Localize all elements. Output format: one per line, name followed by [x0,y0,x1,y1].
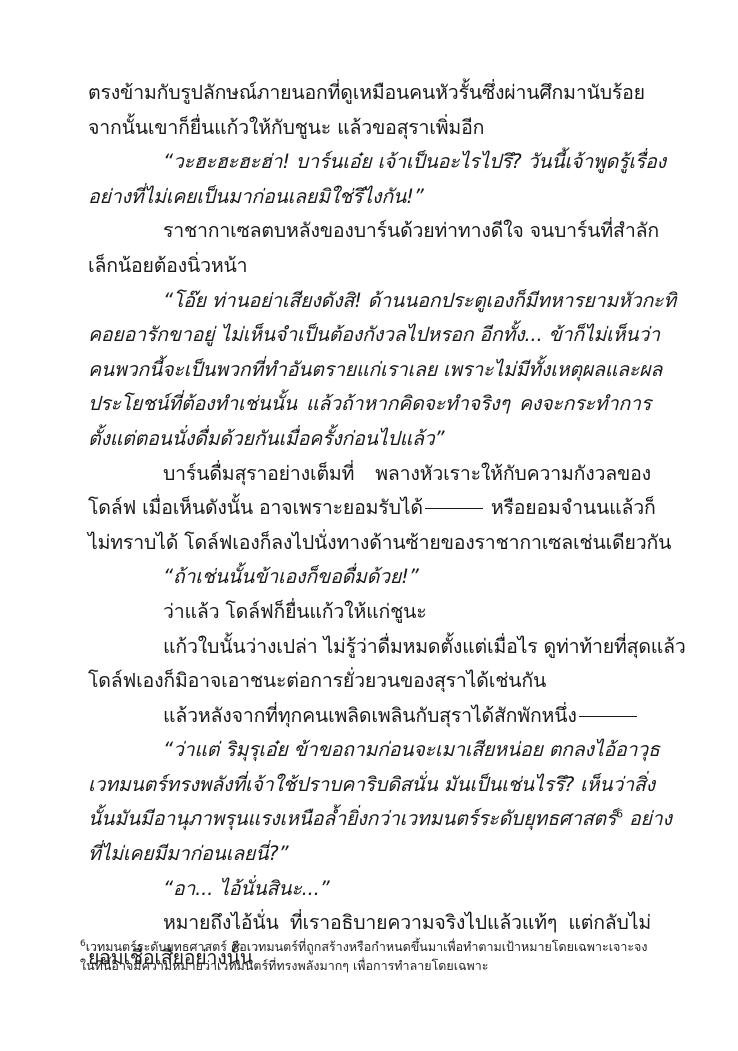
footnote-line: ในที่นี้อาจมีความหมายว่าเวทมนตร์ที่ทรงพล… [80,956,680,975]
text-segment: หรือยอมจำนนแล้วก็ [485,496,656,519]
text-line: แล้วหลังจากที่ทุกคนเพลิดเพลินกับสุราได้ส… [88,699,651,734]
em-dash [425,508,483,509]
text-line: โดล์ฟเองก็มิอาจเอาชนะต่อการยั่วยวนของสุร… [88,664,651,699]
footnote: 6เวทมนตร์ระดับยุทธศาสตร์ คือเวทมนตร์ที่ถ… [80,937,680,975]
text-segment: แล้วหลังจากที่ทุกคนเพลิดเพลินกับสุราได้ส… [163,704,577,727]
text-line: แก้วใบนั้นว่างเปล่า ไม่รู้ว่าดื่มหมดตั้ง… [88,630,651,665]
text-segment: นั้นมันมีอานุภาพรุนแรงเหนือล้ำยิ่งกว่าเว… [88,807,616,830]
text-line: ตรงข้ามกับรูปลักษณ์ภายนอกที่ดูเหมือนคนหั… [88,76,651,111]
dialogue-line: “ว่าแต่ ริมุรุเอ๋ย ข้าขอถามก่อนจะเมาเสีย… [88,733,651,768]
dialogue-line: “วะฮะฮะฮะฮ่า! บาร์นเอ๋ย เจ้าเป็นอะไรไปรึ… [88,145,651,180]
dialogue-line: ที่ไม่เคยมีมาก่อนเลยนี่?” [88,837,651,872]
dialogue-line: “อา... ไอ้นั่นสินะ...” [88,872,651,907]
text-segment: อย่าง [623,807,672,830]
footnote-text: ในที่นี้อาจมีความหมายว่าเวทมนตร์ที่ทรงพล… [80,958,488,973]
dialogue-line: “ถ้าเช่นนั้นข้าเองก็ขอดื่มด้วย!” [88,560,651,595]
text-line: โดล์ฟ เมื่อเห็นดังนั้น อาจเพราะยอมรับได้… [88,491,651,526]
text-line: ไม่ทราบได้ โดล์ฟเองก็ลงไปนั่งทางด้านซ้าย… [88,526,651,561]
text-line: บาร์นดื่มสุราอย่างเต็มที่ พลางหัวเราะให้… [88,457,651,492]
document-body: ตรงข้ามกับรูปลักษณ์ภายนอกที่ดูเหมือนคนหั… [88,76,651,975]
footnote-line: 6เวทมนตร์ระดับยุทธศาสตร์ คือเวทมนตร์ที่ถ… [80,937,680,956]
dialogue-line: นั้นมันมีอานุภาพรุนแรงเหนือล้ำยิ่งกว่าเว… [88,802,651,837]
text-segment: โดล์ฟ เมื่อเห็นดังนั้น อาจเพราะยอมรับได้ [88,496,423,519]
dialogue-line: ตั้งแต่ตอนนั่งดื่มด้วยกันเมื่อครั้งก่อนไ… [88,422,651,457]
dialogue-line: อย่างที่ไม่เคยเป็นมาก่อนเลยมิใช่รึไงกัน!… [88,180,651,215]
text-line: เล็กน้อยต้องนิ่วหน้า [88,249,651,284]
dialogue-line: เวทมนตร์ทรงพลังที่เจ้าใช้ปราบคาริบดิสนั่… [88,768,651,803]
footnote-text: เวทมนตร์ระดับยุทธศาสตร์ คือเวทมนตร์ที่ถู… [86,939,648,954]
text-line: ราชากาเซลตบหลังของบาร์นด้วยท่าทางดีใจ จน… [88,214,651,249]
em-dash [579,716,637,717]
text-line: หมายถึงไอ้นั่น ที่เราอธิบายความจริงไปแล้… [88,906,651,941]
text-line: ว่าแล้ว โดล์ฟก็ยื่นแก้วให้แก่ชูนะ [88,595,651,630]
text-line: จากนั้นเขาก็ยื่นแก้วให้กับชูนะ แล้วขอสุร… [88,111,651,146]
dialogue-line: คนพวกนี้จะเป็นพวกที่ทำอันตรายแก่เราเลย เ… [88,353,651,388]
dialogue-line: คอยอารักขาอยู่ ไม่เห็นจำเป็นต้องกังวลไปห… [88,318,651,353]
dialogue-line: ประโยชน์ที่ต้องทำเช่นนั้น แล้วถ้าหากคิดจ… [88,387,651,422]
dialogue-line: “โอ๊ย ท่านอย่าเสียงดังสิ! ด้านนอกประตูเอ… [88,284,651,319]
footnote-reference[interactable]: 6 [616,808,623,821]
